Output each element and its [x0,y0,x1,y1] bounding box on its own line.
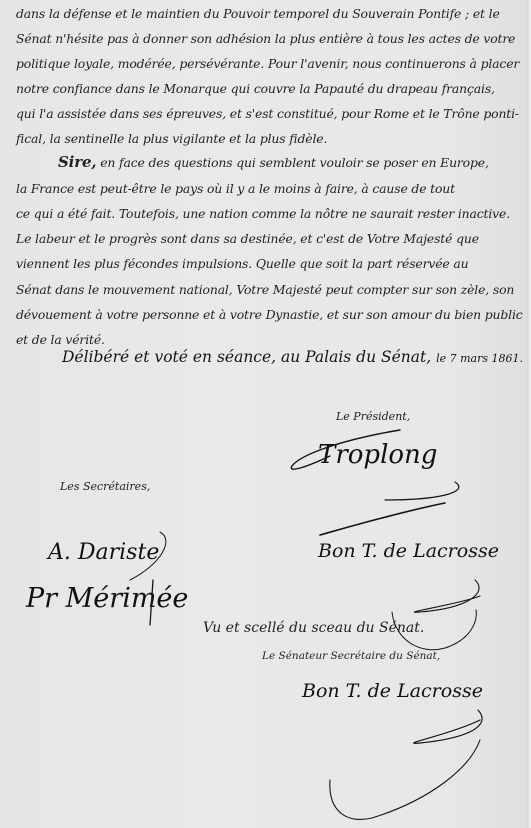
signature-flourishes [0,0,531,828]
manuscript-page: dans la défense et le maintien du Pouvoi… [0,0,531,828]
